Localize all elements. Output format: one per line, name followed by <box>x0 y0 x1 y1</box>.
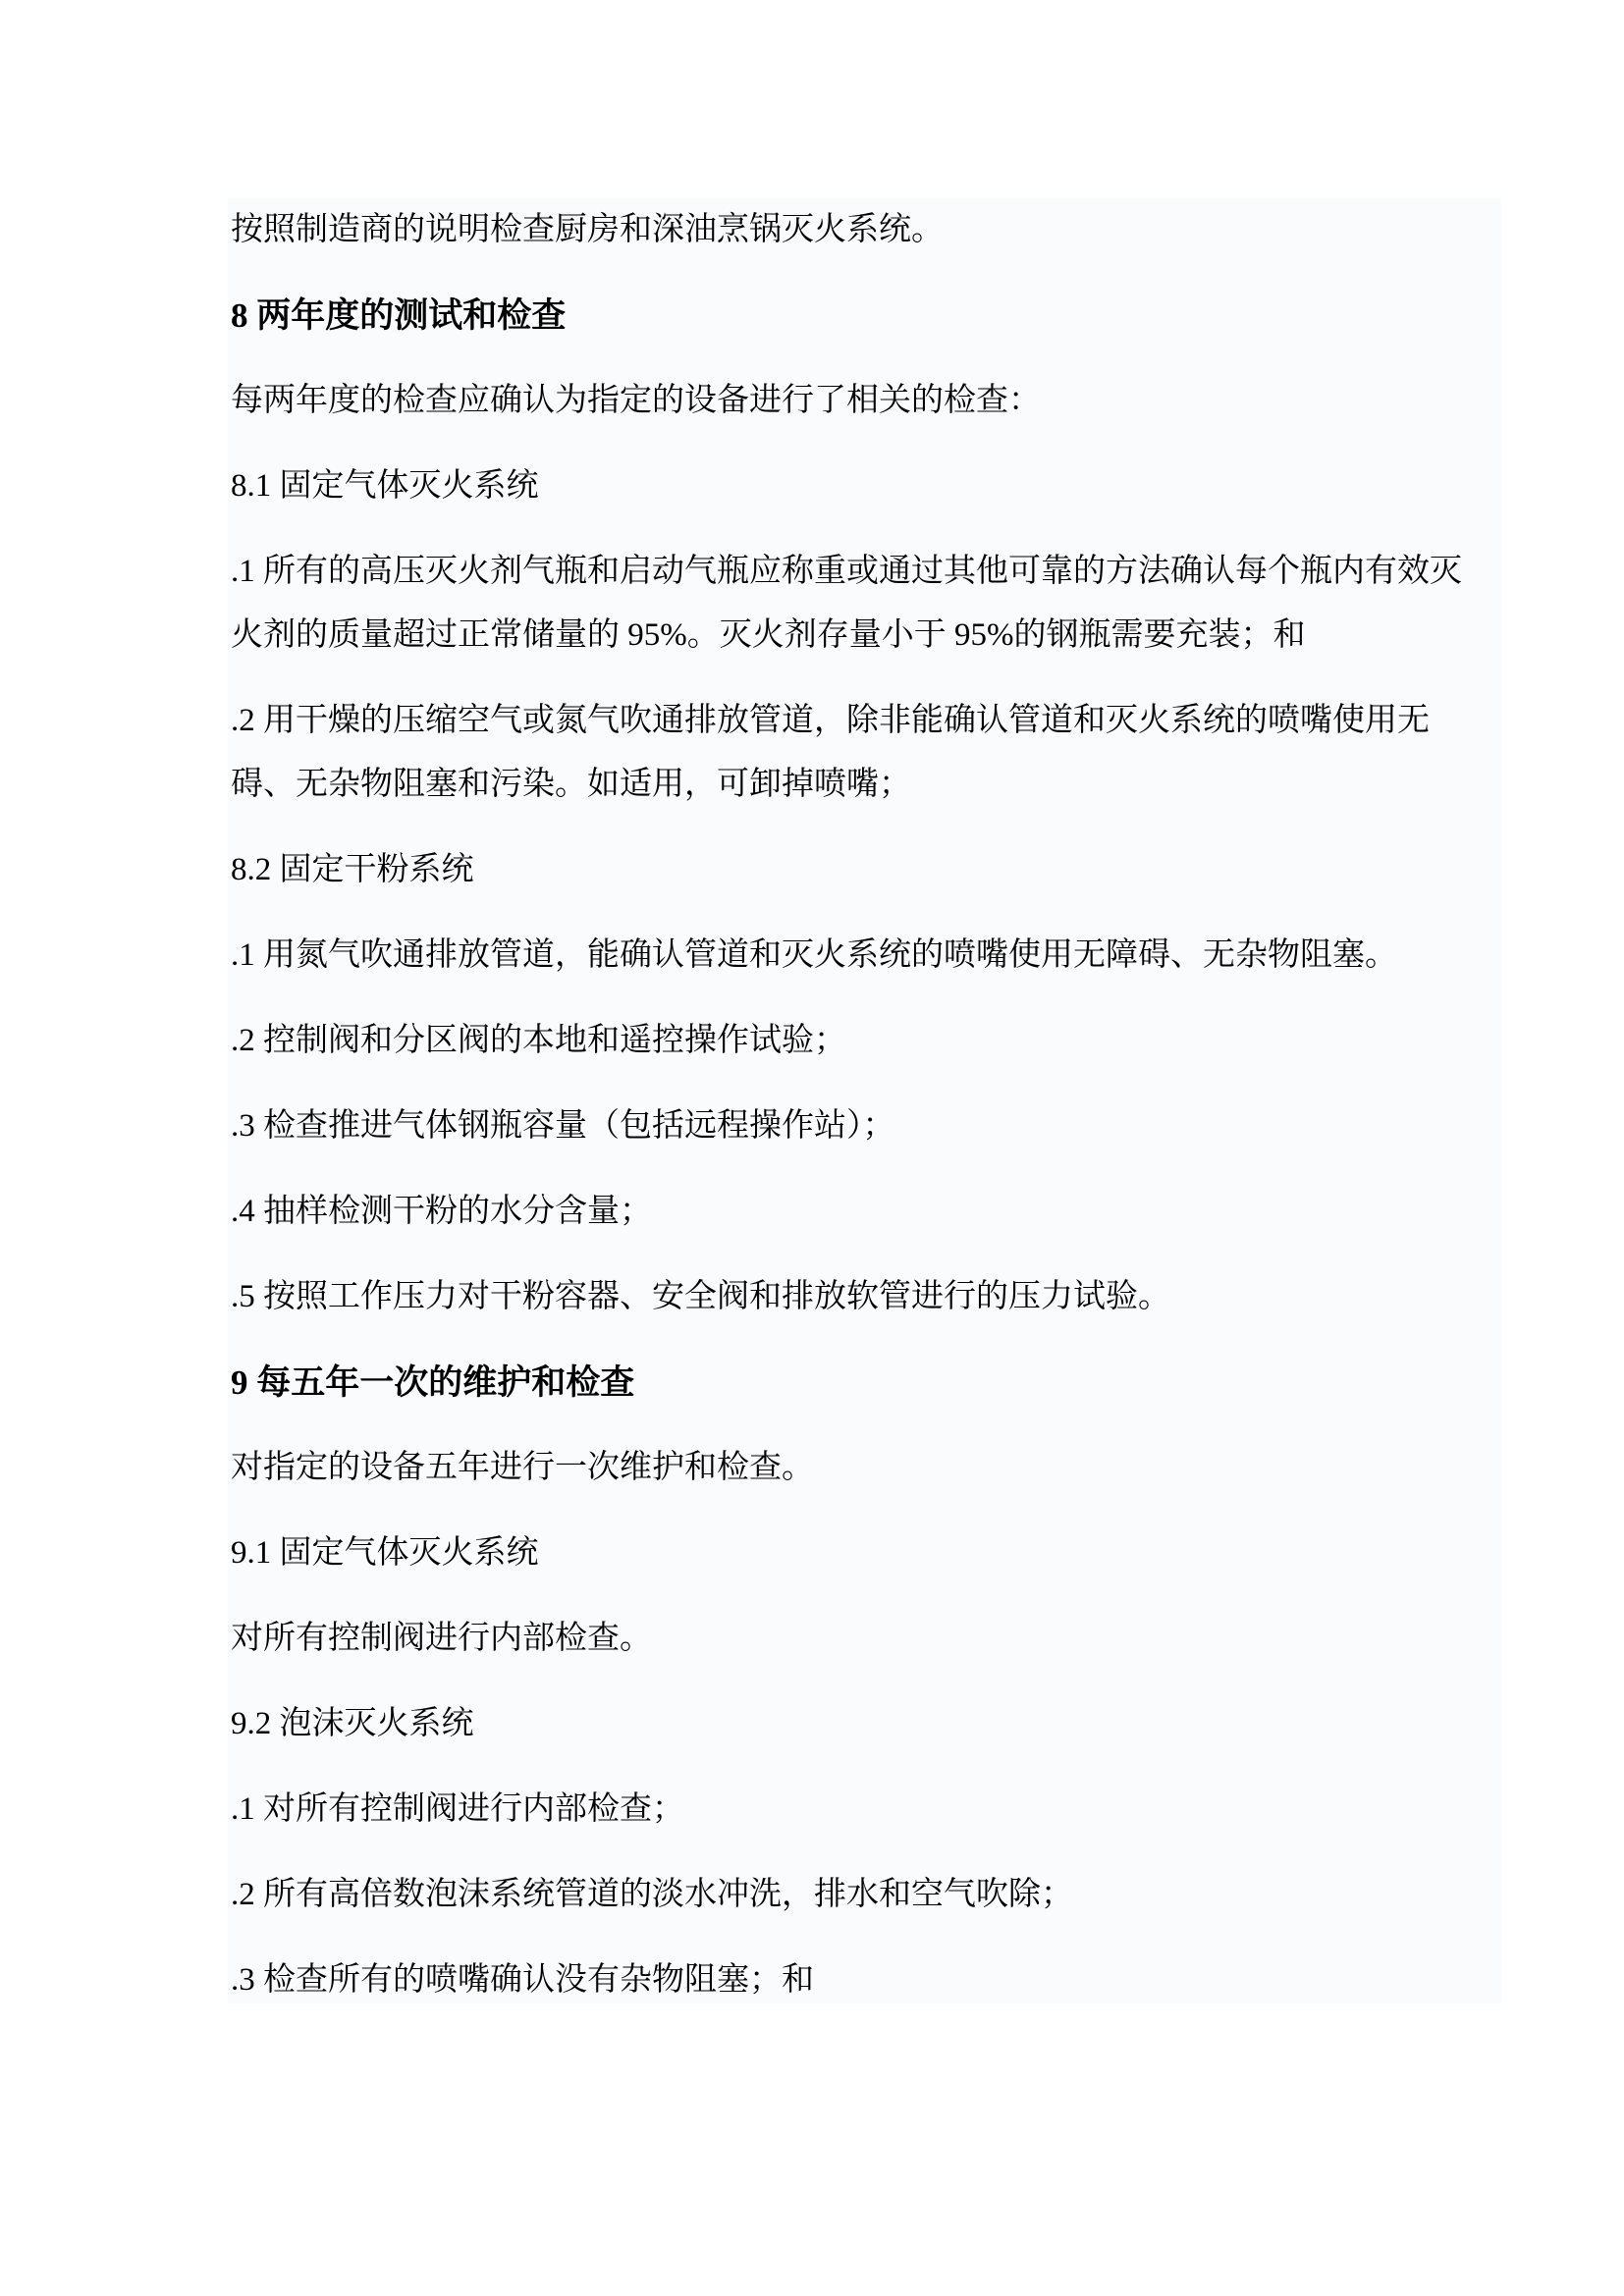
text-line: .3 检查所有的喷嘴确认没有杂物阻塞；和 <box>231 1949 1488 2003</box>
document-content-area: 按照制造商的说明检查厨房和深油烹锅灭火系统。8 两年度的测试和检查每两年度的检查… <box>228 198 1501 2003</box>
text-line: 每两年度的检查应确认为指定的设备进行了相关的检查： <box>231 369 1488 433</box>
paragraph: 9.1 固定气体灭火系统 <box>231 1522 1488 1585</box>
text-line: 8.2 固定干粉系统 <box>231 838 1488 902</box>
text-line: 9 每五年一次的维护和检查 <box>231 1351 1488 1415</box>
text-line: .1 对所有控制阀进行内部检查； <box>231 1778 1488 1842</box>
paragraph: .1 用氮气吹通排放管道，能确认管道和灭火系统的喷嘴使用无障碍、无杂物阻塞。 <box>231 924 1488 988</box>
paragraph: .2 所有高倍数泡沫系统管道的淡水冲洗，排水和空气吹除； <box>231 1863 1488 1927</box>
paragraph: .2 控制阀和分区阀的本地和遥控操作试验； <box>231 1009 1488 1073</box>
text-line: 8 两年度的测试和检查 <box>231 284 1488 347</box>
paragraph: .3 检查推进气体钢瓶容量（包括远程操作站）； <box>231 1095 1488 1158</box>
text-line: .1 所有的高压灭火剂气瓶和启动气瓶应称重或通过其他可靠的方法确认每个瓶内有效灭 <box>231 540 1488 604</box>
paragraph: 按照制造商的说明检查厨房和深油烹锅灭火系统。 <box>231 198 1488 262</box>
paragraph: 8.1 固定气体灭火系统 <box>231 454 1488 518</box>
text-line: .2 控制阀和分区阀的本地和遥控操作试验； <box>231 1009 1488 1073</box>
text-line: .1 用氮气吹通排放管道，能确认管道和灭火系统的喷嘴使用无障碍、无杂物阻塞。 <box>231 924 1488 988</box>
text-line: 8.1 固定气体灭火系统 <box>231 454 1488 518</box>
text-line: 对所有控制阀进行内部检查。 <box>231 1607 1488 1671</box>
section-heading: 8 两年度的测试和检查 <box>231 284 1488 347</box>
text-line: 按照制造商的说明检查厨房和深油烹锅灭火系统。 <box>231 198 1488 262</box>
paragraph: 对指定的设备五年进行一次维护和检查。 <box>231 1436 1488 1500</box>
paragraph: 每两年度的检查应确认为指定的设备进行了相关的检查： <box>231 369 1488 433</box>
paragraph: .1 所有的高压灭火剂气瓶和启动气瓶应称重或通过其他可靠的方法确认每个瓶内有效灭… <box>231 540 1488 667</box>
paragraph: .3 检查所有的喷嘴确认没有杂物阻塞；和 <box>231 1949 1488 2003</box>
text-line: 对指定的设备五年进行一次维护和检查。 <box>231 1436 1488 1500</box>
text-line: .2 所有高倍数泡沫系统管道的淡水冲洗，排水和空气吹除； <box>231 1863 1488 1927</box>
paragraph: 对所有控制阀进行内部检查。 <box>231 1607 1488 1671</box>
text-line: 9.1 固定气体灭火系统 <box>231 1522 1488 1585</box>
paragraph: .1 对所有控制阀进行内部检查； <box>231 1778 1488 1842</box>
paragraph: .4 抽样检测干粉的水分含量； <box>231 1180 1488 1244</box>
section-heading: 9 每五年一次的维护和检查 <box>231 1351 1488 1415</box>
text-line: 9.2 泡沫灭火系统 <box>231 1692 1488 1756</box>
text-line: 火剂的质量超过正常储量的 95%。灭火剂存量小于 95%的钢瓶需要充装；和 <box>231 604 1488 667</box>
text-line: .2 用干燥的压缩空气或氮气吹通排放管道，除非能确认管道和灭火系统的喷嘴使用无 <box>231 689 1488 753</box>
text-line: 碍、无杂物阻塞和污染。如适用，可卸掉喷嘴； <box>231 753 1488 817</box>
text-line: .5 按照工作压力对干粉容器、安全阀和排放软管进行的压力试验。 <box>231 1265 1488 1329</box>
text-line: .4 抽样检测干粉的水分含量； <box>231 1180 1488 1244</box>
paragraph: 9.2 泡沫灭火系统 <box>231 1692 1488 1756</box>
text-line: .3 检查推进气体钢瓶容量（包括远程操作站）； <box>231 1095 1488 1158</box>
paragraph: .5 按照工作压力对干粉容器、安全阀和排放软管进行的压力试验。 <box>231 1265 1488 1329</box>
paragraph: .2 用干燥的压缩空气或氮气吹通排放管道，除非能确认管道和灭火系统的喷嘴使用无碍… <box>231 689 1488 817</box>
paragraph: 8.2 固定干粉系统 <box>231 838 1488 902</box>
